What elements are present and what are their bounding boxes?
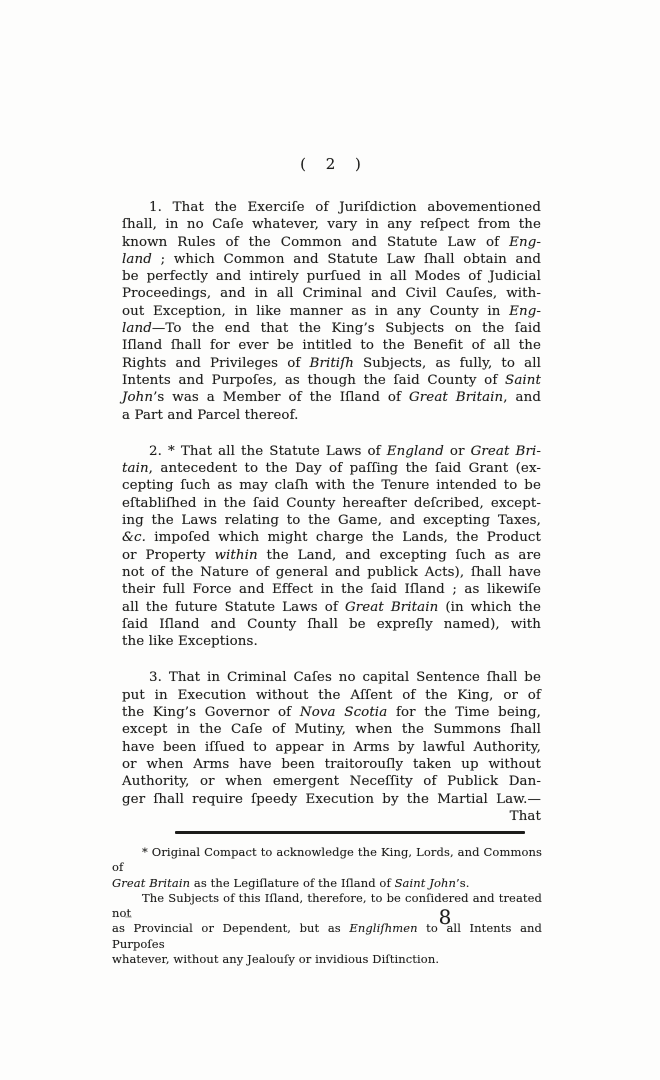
footnote: * Original Compact to acknowledge the Ki… [112,845,542,967]
text-line: be perfectly and intirely purſued in all… [122,268,541,285]
footnote-paragraph-1: * Original Compact to acknowledge the Ki… [112,845,542,891]
text-line: or Property within the Land, and excepti… [122,547,541,564]
page-header-folio: ( 2 ) [122,155,541,173]
text-line: out Exception, in like manner as in any … [122,303,541,320]
paragraph-1: 1. That the Exerciſe of Juriſdiction abo… [122,199,541,424]
text-line: except in the Caſe of Mutiny, when the S… [122,721,541,738]
text-line: their full Force and Effect in the ſaid … [122,581,541,598]
text-line: put in Execution without the Aſſent of t… [122,687,541,704]
text-line: 3. That in Criminal Caſes no capital Sen… [122,669,541,686]
text-line: ſhall, in no Caſe whatever, vary in any … [122,216,541,233]
text-line: land ; which Common and Statute Law ſhal… [122,251,541,268]
text-line: ſaid Iſland and County ſhall be expreſly… [122,616,541,633]
text-line: land—To the end that the King’s Subjects… [122,320,541,337]
text-line: a Part and Parcel thereof. [122,407,541,424]
text-line: 1. That the Exerciſe of Juriſdiction abo… [122,199,541,216]
footnote-paragraph-2: The Subjects of this Iſland, therefore, … [112,891,542,967]
signature-page-number: 8 [425,905,465,929]
text-line: Intents and Purpoſes, as though the ſaid… [122,372,541,389]
footnote-divider-rule [175,831,525,834]
text-line: all the future Statute Laws of Great Bri… [122,599,541,616]
text-line: tain, antecedent to the Day of paſſing t… [122,460,541,477]
text-line: eſtabliſhed in the ſaid County hereafter… [122,495,541,512]
text-line: as Provincial or Dependent, but as Engli… [112,921,542,952]
text-line: have been iſſued to appear in Arms by la… [122,739,541,756]
text-line: known Rules of the Common and Statute La… [122,234,541,251]
body-text: 1. That the Exerciſe of Juriſdiction abo… [122,199,541,825]
text-line: cepting ſuch as may claſh with the Tenur… [122,477,541,494]
text-line: That [122,808,541,825]
text-line: the King’s Governor of Nova Scotia for t… [122,704,541,721]
scanned-page: ( 2 ) 1. That the Exerciſe of Juriſdicti… [0,0,660,1080]
text-line: &c. impoſed which might charge the Lands… [122,529,541,546]
text-line: the like Exceptions. [122,633,541,650]
text-line: or when Arms have been traitorouſly take… [122,756,541,773]
text-line: * Original Compact to acknowledge the Ki… [112,845,542,876]
text-line: Authority, or when emergent Neceſſity of… [122,773,541,790]
text-line: Great Britain as the Legiſlature of the … [112,876,542,891]
text-line: not of the Nature of general and publick… [122,564,541,581]
text-line: 2. * That all the Statute Laws of Englan… [122,443,541,460]
text-line: ger ſhall require ſpeedy Execution by th… [122,791,541,808]
paragraph-3: 3. That in Criminal Caſes no capital Sen… [122,669,541,825]
text-line: ing the Laws relating to the Game, and e… [122,512,541,529]
text-line: Proceedings, and in all Criminal and Civ… [122,285,541,302]
scan-artifact [125,916,132,918]
text-line: whatever, without any Jealouſy or invidi… [112,952,542,967]
text-line: Iſland ſhall for ever be intitled to the… [122,337,541,354]
text-line: Rights and Privileges of Britiſh Subject… [122,355,541,372]
text-line: The Subjects of this Iſland, therefore, … [112,891,542,922]
text-line: John’s was a Member of the Iſland of Gre… [122,389,541,406]
paragraph-2: 2. * That all the Statute Laws of Englan… [122,443,541,651]
